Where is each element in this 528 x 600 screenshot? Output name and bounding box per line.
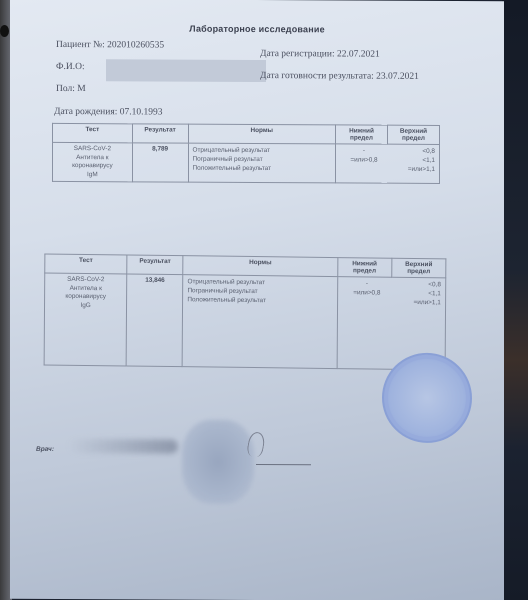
patient-number-value: 202010260535: [107, 40, 164, 50]
test-result: 13,846: [126, 274, 183, 367]
header-norms: Нормы: [188, 124, 335, 144]
sex: Пол: М: [56, 84, 86, 94]
redacted-doctor-name: [68, 439, 178, 454]
test-name: SARS-CoV-2Антитела ккоронавирусуIgG: [44, 273, 127, 366]
ready-date-label: Дата готовности результата:: [260, 71, 374, 82]
header-lower-limit: Нижнийпредел: [335, 125, 387, 144]
results-table-igm: Тест Результат Нормы Нижнийпредел Верхни…: [52, 123, 440, 184]
test-norms: Отрицательный результатПограничный резул…: [188, 143, 335, 183]
doctor-label: Врач:: [36, 446, 54, 453]
birth-date-value: 07.10.1993: [120, 107, 163, 117]
header-test: Тест: [53, 123, 133, 142]
header-upper-limit: Верхнийпредел: [387, 125, 439, 144]
background-edge-right: [502, 0, 528, 600]
stamp-icon: [382, 353, 472, 443]
sex-label: Пол:: [56, 84, 75, 94]
registration-date: Дата регистрации: 22.07.2021: [260, 49, 380, 60]
registration-date-label: Дата регистрации:: [260, 49, 335, 59]
lab-report-page: Лабораторное исследование Пациент №: 202…: [10, 0, 504, 600]
header-norms: Нормы: [183, 256, 338, 277]
test-norms: Отрицательный результатПограничный резул…: [182, 275, 337, 369]
registration-date-value: 22.07.2021: [337, 49, 380, 59]
table-header-row: Тест Результат Нормы Нижнийпредел Верхни…: [53, 123, 440, 144]
ready-date: Дата готовности результата: 23.07.2021: [260, 71, 419, 82]
header-test: Тест: [45, 254, 127, 274]
table-row: SARS-CoV-2Антитела ккоронавирусуIgM 8,78…: [53, 142, 440, 183]
document-title: Лабораторное исследование: [10, 23, 504, 36]
header-result: Результат: [132, 124, 188, 143]
birth-date-label: Дата рождения:: [54, 107, 117, 117]
test-limits: -<0,8 =или>0,8<1,1 =или>1,1: [335, 144, 439, 184]
signature-line: [256, 464, 311, 465]
birth-date: Дата рождения: 07.10.1993: [54, 107, 163, 118]
test-name: SARS-CoV-2Антитела ккоронавирусуIgM: [53, 142, 133, 181]
test-result: 8,789: [132, 143, 188, 182]
header-lower-limit: Нижнийпредел: [337, 258, 391, 278]
patient-number-label: Пациент №:: [56, 40, 105, 50]
sex-value: М: [77, 84, 85, 94]
redacted-name: [106, 59, 266, 82]
results-table-igg: Тест Результат Нормы Нижнийпредел Верхни…: [44, 253, 447, 370]
fio-label: Ф.И.О:: [56, 62, 85, 72]
table-row: SARS-CoV-2Антитела ккоронавирусуIgG 13,8…: [44, 273, 446, 370]
background-object: [0, 25, 9, 37]
header-upper-limit: Верхнийпредел: [392, 258, 446, 278]
patient-number: Пациент №: 202010260535: [56, 40, 164, 51]
ready-date-value: 23.07.2021: [376, 72, 419, 82]
header-result: Результат: [127, 255, 183, 275]
redacted-signature: [182, 420, 254, 504]
